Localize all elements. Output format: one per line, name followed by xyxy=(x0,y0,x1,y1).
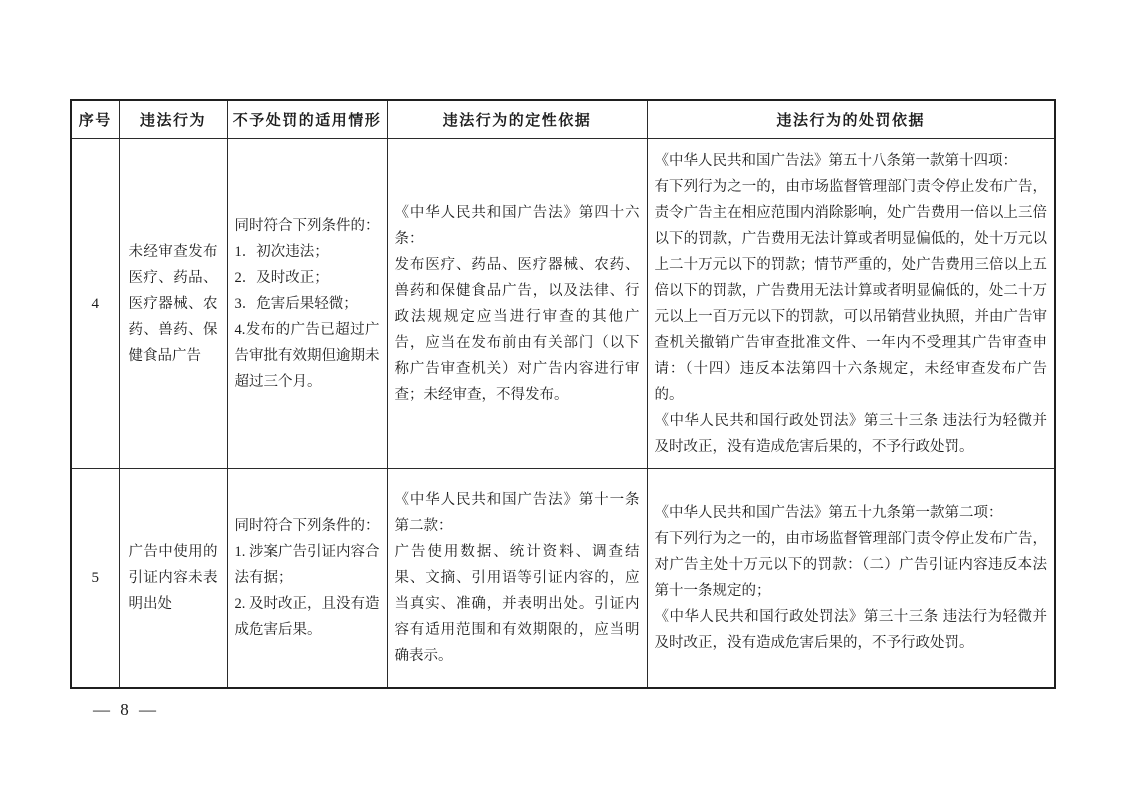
cell-qualitative-basis: 《中华人民共和国广告法》第十一条第二款： 广告使用数据、统计资料、调查结果、文摘… xyxy=(387,469,647,688)
table-header-row: 序号 违法行为 不予处罚的适用情形 违法行为的定性依据 违法行为的处罚依据 xyxy=(71,100,1055,139)
table-row-4: 4 未经审查发布医疗、药品、医疗器械、农药、兽药、保健食品广告 同时符合下列条件… xyxy=(71,139,1055,469)
penalty-exemption-table: 序号 违法行为 不予处罚的适用情形 违法行为的定性依据 违法行为的处罚依据 4 … xyxy=(70,99,1056,689)
header-punishment-basis: 违法行为的处罚依据 xyxy=(647,100,1055,139)
cell-punishment-basis: 《中华人民共和国广告法》第五十九条第一款第二项： 有下列行为之一的，由市场监督管… xyxy=(647,469,1055,688)
cell-punishment-basis: 《中华人民共和国广告法》第五十八条第一款第十四项： 有下列行为之一的，由市场监督… xyxy=(647,139,1055,469)
cell-exemption-conditions: 同时符合下列条件的： 1. 涉案广告引证内容合法有据； 2. 及时改正，且没有造… xyxy=(227,469,387,688)
header-qualitative-basis: 违法行为的定性依据 xyxy=(387,100,647,139)
cell-exemption-conditions: 同时符合下列条件的： 1．初次违法； 2．及时改正； 3．危害后果轻微； 4.发… xyxy=(227,139,387,469)
cell-illegal-behavior: 未经审查发布医疗、药品、医疗器械、农药、兽药、保健食品广告 xyxy=(119,139,227,469)
cell-serial-number: 4 xyxy=(71,139,119,469)
cell-illegal-behavior: 广告中使用的引证内容未表明出处 xyxy=(119,469,227,688)
header-exemption-conditions: 不予处罚的适用情形 xyxy=(227,100,387,139)
cell-qualitative-basis: 《中华人民共和国广告法》第四十六条： 发布医疗、药品、医疗器械、农药、兽药和保健… xyxy=(387,139,647,469)
document-page: 序号 违法行为 不予处罚的适用情形 违法行为的定性依据 违法行为的处罚依据 4 … xyxy=(0,0,1122,793)
table-row-5: 5 广告中使用的引证内容未表明出处 同时符合下列条件的： 1. 涉案广告引证内容… xyxy=(71,469,1055,688)
header-serial-number: 序号 xyxy=(71,100,119,139)
cell-serial-number: 5 xyxy=(71,469,119,688)
page-number: — 8 — xyxy=(93,700,159,720)
header-illegal-behavior: 违法行为 xyxy=(119,100,227,139)
